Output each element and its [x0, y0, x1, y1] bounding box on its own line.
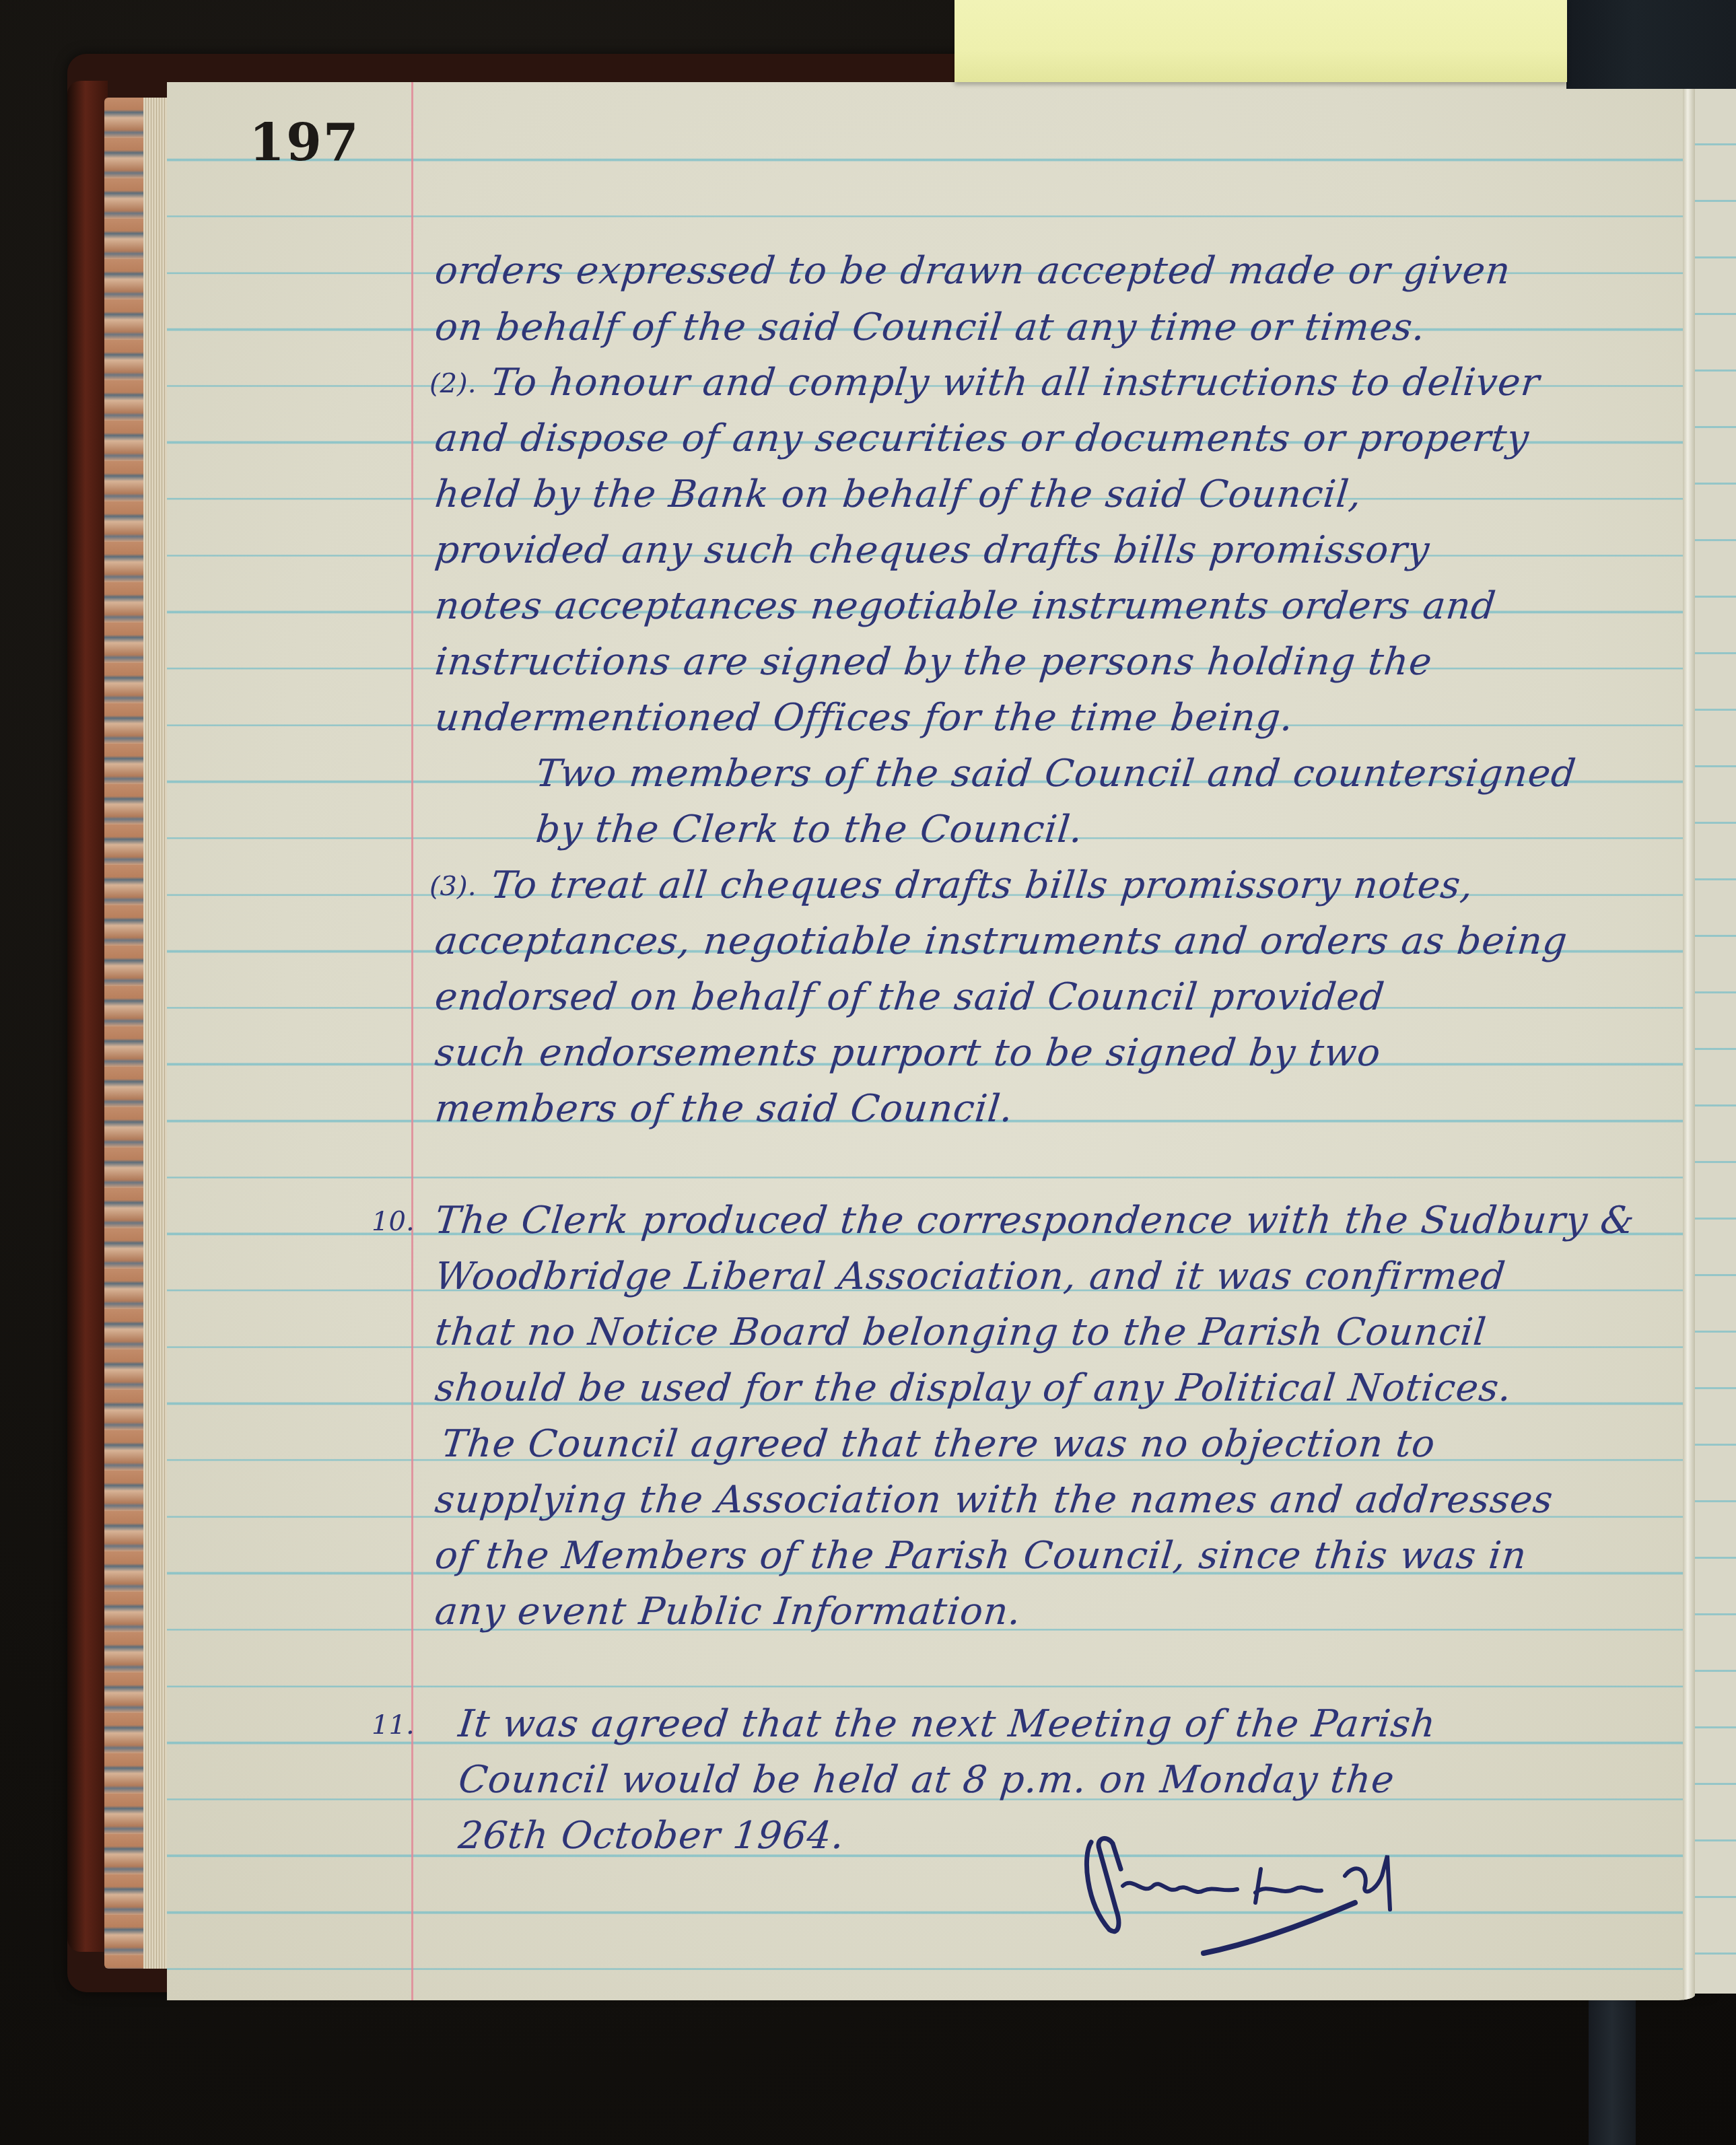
minutes-line: The Clerk produced the correspondence wi… [433, 1199, 1637, 1242]
facing-page-edge [1695, 89, 1736, 1994]
signature [1079, 1829, 1456, 1957]
minutes-line: 26th October 1964. [456, 1814, 847, 1858]
minutes-line: of the Members of the Parish Council, si… [433, 1534, 1529, 1578]
minutes-line: provided any such cheques drafts bills p… [433, 528, 1432, 572]
minutes-line: It was agreed that the next Meeting of t… [456, 1702, 1438, 1746]
minutes-line: supplying the Association with the names… [433, 1478, 1556, 1522]
book-spine-edge [67, 81, 108, 1952]
page-gutter-fold [1683, 82, 1695, 2000]
minutes-line: should be used for the display of any Po… [433, 1366, 1514, 1410]
minutes-line: held by the Bank on behalf of the said C… [433, 472, 1364, 516]
minutes-line: undermentioned Offices for the time bein… [433, 696, 1296, 740]
minutes-line: that no Notice Board belonging to the Pa… [433, 1310, 1488, 1354]
minutes-line: such endorsements purport to be signed b… [433, 1031, 1383, 1075]
minutes-line: acceptances, negotiable instruments and … [433, 919, 1570, 963]
clause-marker: (3). [429, 871, 476, 902]
ledger-page: 197 orders expressed to be drawn accepte… [167, 82, 1695, 2000]
minutes-line: orders expressed to be drawn accepted ma… [433, 249, 1513, 293]
minutes-line: Council would be held at 8 p.m. on Monda… [456, 1758, 1397, 1802]
minutes-line: instructions are signed by the persons h… [433, 640, 1434, 684]
clause-marker: (2). [429, 368, 476, 399]
binder-strip [1566, 0, 1736, 89]
minutes-line: any event Public Information. [433, 1590, 1023, 1633]
minutes-line: Woodbridge Liberal Association, and it w… [433, 1255, 1508, 1298]
signatories-line: Two members of the said Council and coun… [534, 752, 1578, 796]
page-number: 197 [249, 112, 360, 172]
minutes-line: and dispose of any securities or documen… [433, 417, 1531, 460]
minutes-line: To treat all cheques drafts bills promis… [489, 864, 1475, 907]
minutes-line: To honour and comply with all instructio… [489, 361, 1542, 405]
item-number: 11. [372, 1710, 415, 1740]
sticky-note [954, 0, 1567, 82]
minutes-line: endorsed on behalf of the said Council p… [433, 975, 1387, 1019]
signatories-line: by the Clerk to the Council. [534, 808, 1085, 851]
binder-strip-bottom [1589, 1992, 1636, 2145]
scanned-ledger-scene: 197 orders expressed to be drawn accepte… [0, 0, 1736, 2145]
item-number: 10. [372, 1206, 415, 1237]
minutes-line: The Council agreed that there was no obj… [440, 1422, 1438, 1466]
marbled-page-edges [104, 98, 168, 1969]
minutes-line: notes acceptances negotiable instruments… [433, 584, 1498, 628]
minutes-line: members of the said Council. [433, 1087, 1016, 1131]
minutes-line: on behalf of the said Council at any tim… [433, 306, 1428, 349]
